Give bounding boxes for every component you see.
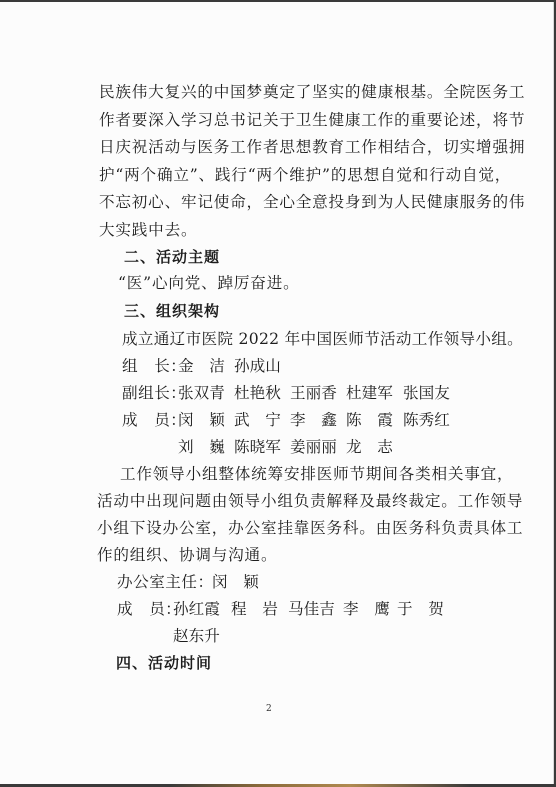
deputy-name: 张国友 (403, 384, 450, 402)
member-name: 刘 巍 (178, 438, 225, 456)
office-members-row: 成 员： 孙红霞 程 岩 马佳吉 李 鹰 于 贺 (117, 600, 477, 618)
deputy-name: 杜建军 (346, 384, 393, 402)
section-heading-theme: 二、活动主题 (124, 248, 220, 266)
paragraph-line: 作者要深入学习总书记关于卫生健康工作的重要论述，将节 (99, 111, 525, 129)
members-row: 成 员： 闵 颖 武 宁 李 鑫 陈 霞 陈秀红 (122, 411, 482, 429)
member-name: 陈秀红 (403, 411, 450, 429)
office-members-label: 成 员： (117, 600, 181, 618)
deputy-name: 杜艳秋 (234, 384, 281, 402)
office-director-row: 办公室主任： 闵 颖 (117, 573, 477, 591)
duty-paragraph-line: 工作领导小组整体统筹安排医师节期间各类相关事宜， (120, 465, 513, 483)
members-row-continued: 刘 巍 陈晓军 姜丽丽 龙 志 (122, 438, 482, 456)
duty-paragraph-line: 作的组织、协调与沟通。 (97, 546, 277, 564)
office-director-name: 闵 颖 (212, 573, 259, 591)
members-label: 成 员： (122, 411, 186, 429)
document-page: 民族伟大复兴的中国梦奠定了坚实的健康根基。全院医务工 作者要深入学习总书记关于卫… (0, 2, 554, 784)
member-name: 陈晓军 (234, 438, 281, 456)
member-name: 武 宁 (234, 411, 281, 429)
leader-name: 金 洁 (178, 357, 225, 375)
duty-paragraph-line: 小组下设办公室，办公室挂靠医务科。由医务科负责具体工 (97, 519, 523, 537)
member-name: 姜丽丽 (290, 438, 337, 456)
paragraph-line: 不忘初心、牢记使命，全心全意投身到为人民健康服务的伟 (99, 193, 525, 211)
member-name: 闵 颖 (178, 411, 225, 429)
deputy-name: 王丽香 (290, 384, 337, 402)
leader-row: 组 长： 金 洁 孙成山 (122, 357, 482, 375)
deputy-name: 张双青 (178, 384, 225, 402)
paragraph-line: 护“两个确立”、践行“两个维护”的思想自觉和行动自觉， (99, 166, 511, 184)
office-member-name: 马佳吉 (288, 600, 335, 618)
section-heading-organization: 三、组织架构 (124, 302, 220, 320)
theme-text: “医”心向党、踔厉奋进。 (118, 274, 299, 292)
member-name: 陈 霞 (346, 411, 393, 429)
office-member-name: 孙红霞 (173, 600, 220, 618)
paragraph-line: 日庆祝活动与医务工作者思想教育工作相结合，切实增强拥 (99, 138, 525, 156)
office-members-row-continued: 赵东升 (117, 627, 477, 645)
office-member-name: 程 岩 (231, 600, 278, 618)
office-member-name: 李 鹰 (343, 600, 390, 618)
page-number: 2 (266, 704, 272, 714)
leader-label: 组 长： (122, 357, 186, 375)
paragraph-line: 民族伟大复兴的中国梦奠定了坚实的健康根基。全院医务工 (99, 83, 525, 101)
organization-intro: 成立通辽市医院 2022 年中国医师节活动工作领导小组。 (122, 330, 523, 348)
office-member-name: 于 贺 (397, 600, 444, 618)
deputy-label: 副组长： (122, 384, 186, 402)
member-name: 李 鑫 (290, 411, 337, 429)
leader-name: 孙成山 (234, 357, 281, 375)
paragraph-line: 大实践中去。 (99, 221, 197, 239)
deputy-row: 副组长： 张双青 杜艳秋 王丽香 杜建军 张国友 (122, 384, 482, 402)
office-director-label: 办公室主任： (117, 573, 214, 591)
duty-paragraph-line: 活动中出现问题由领导小组负责解释及最终裁定。工作领导 (97, 492, 523, 510)
office-member-name: 赵东升 (173, 627, 220, 645)
section-heading-time: 四、活动时间 (116, 654, 212, 672)
member-name: 龙 志 (346, 438, 393, 456)
